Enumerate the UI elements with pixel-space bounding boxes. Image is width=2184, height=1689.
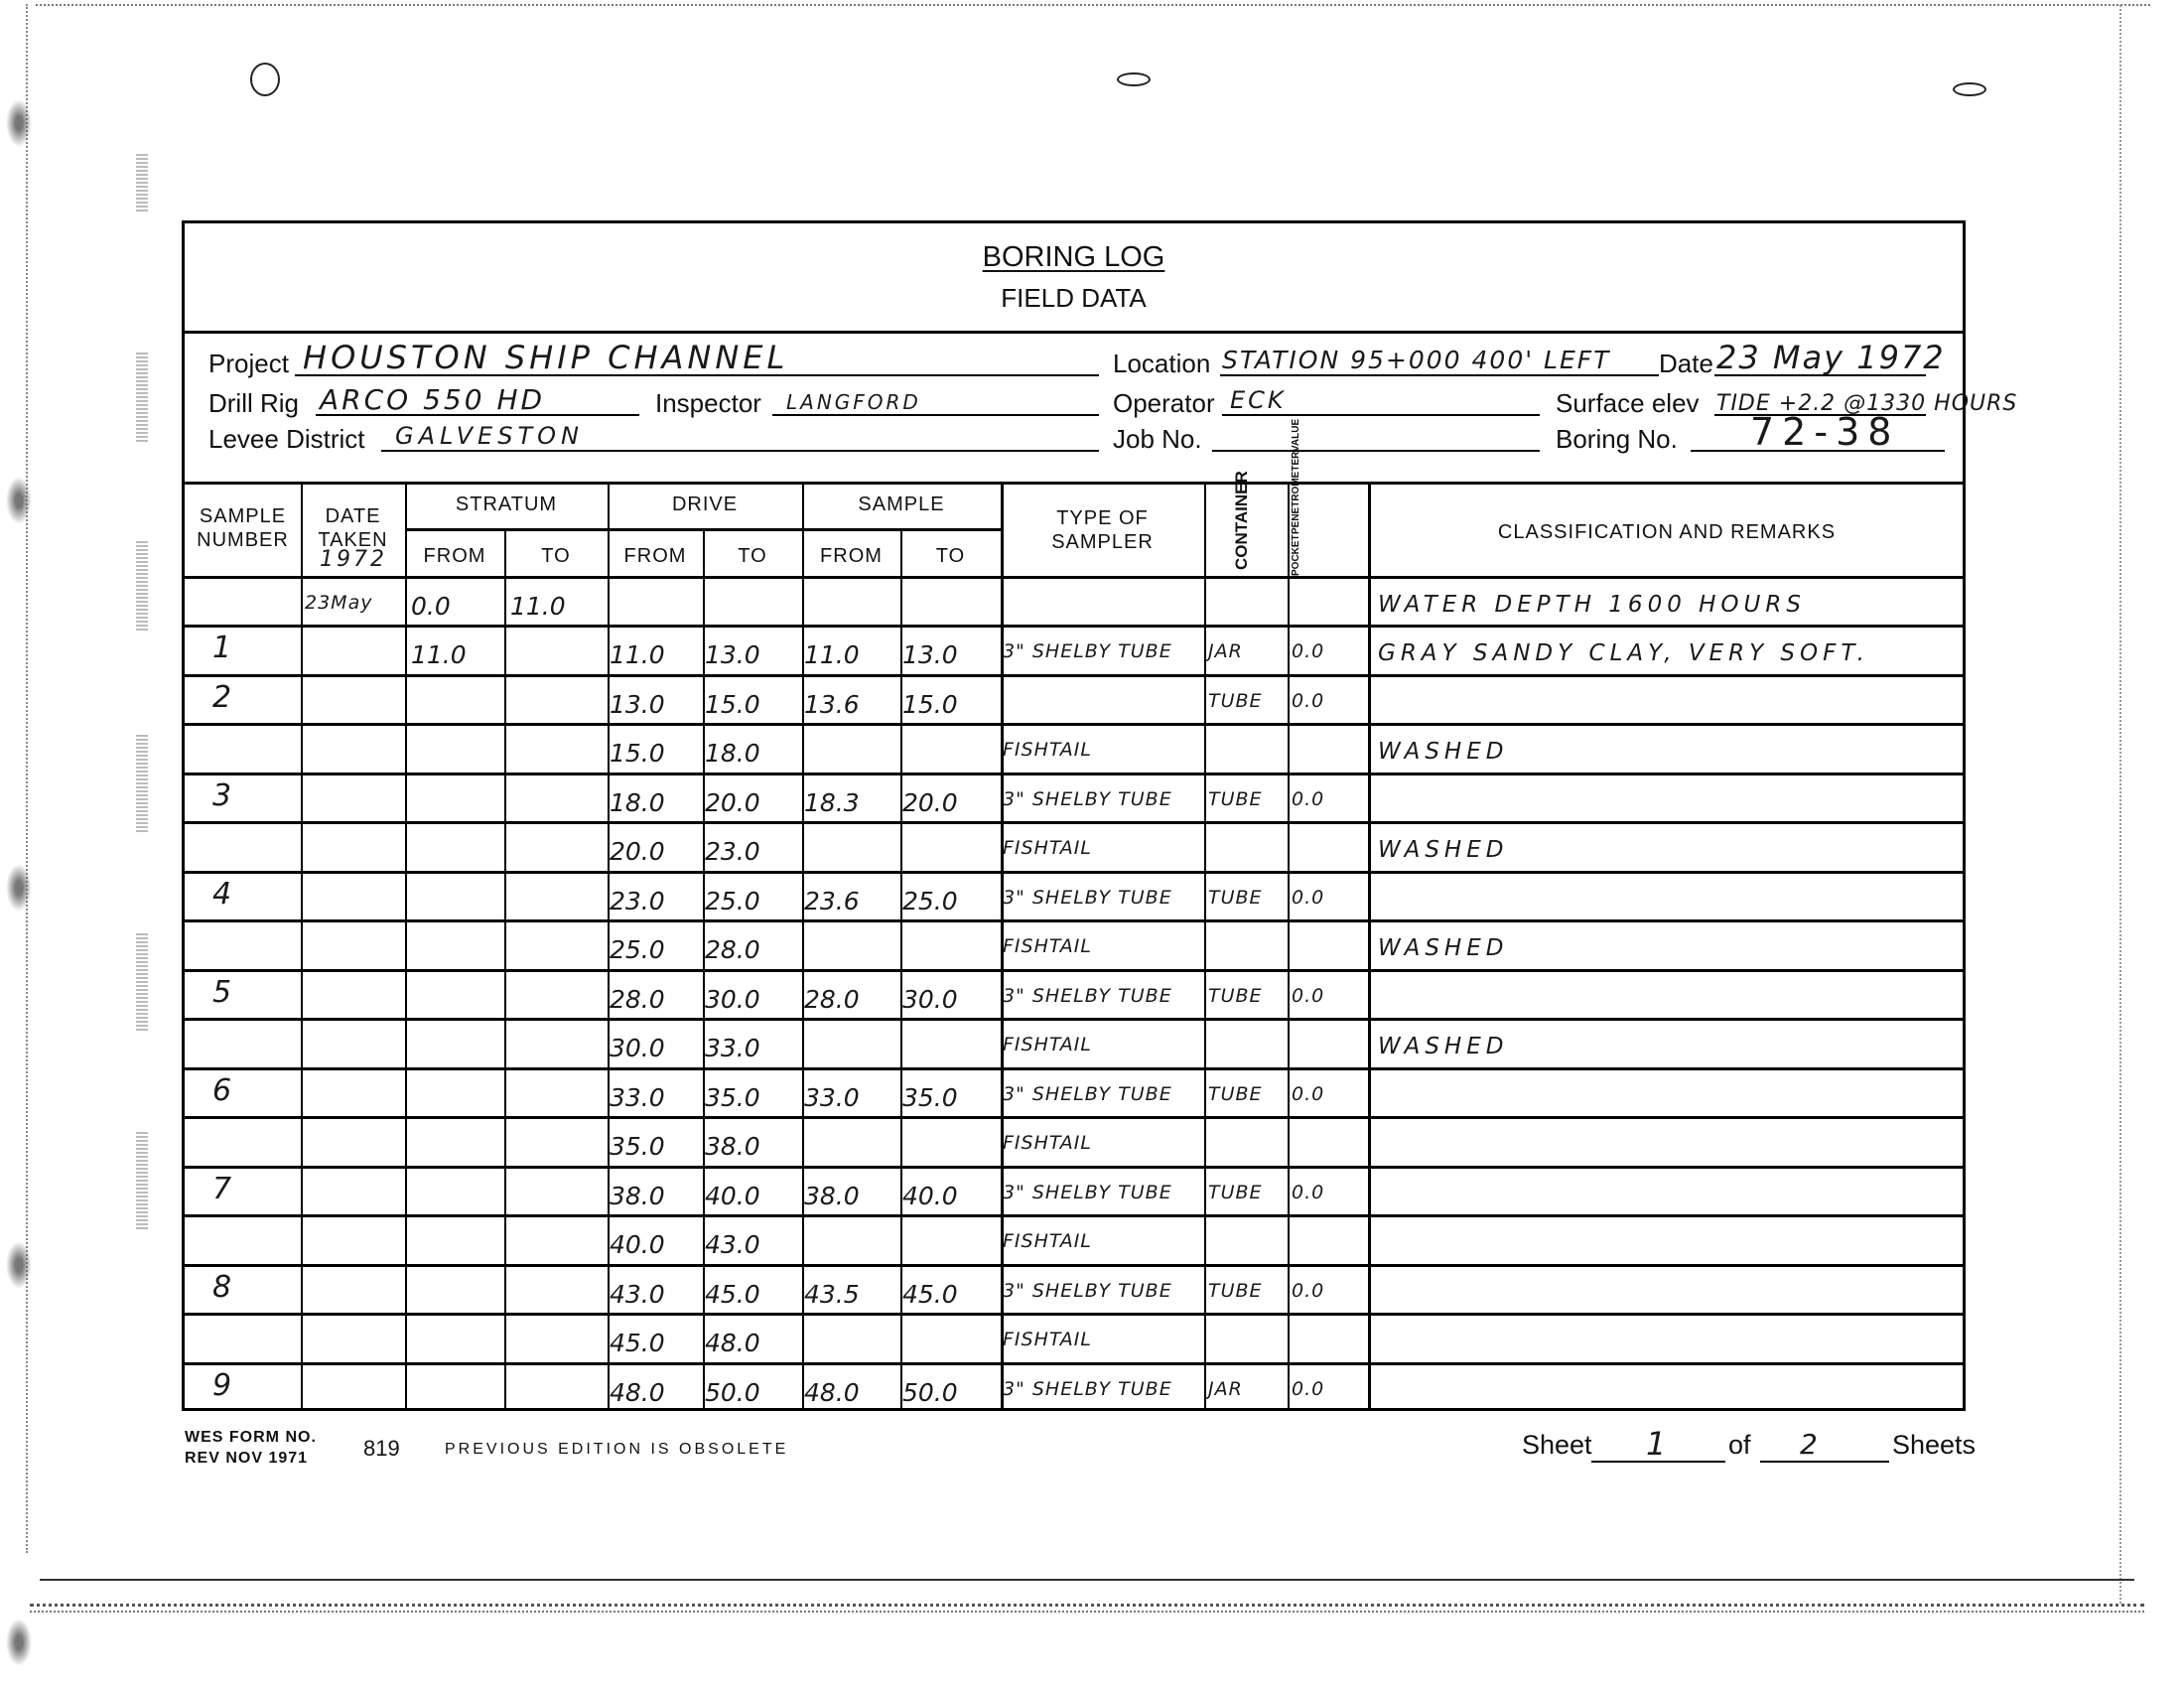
scan-page-edge xyxy=(30,1604,2144,1613)
cell-sample-to: 13.0 xyxy=(902,640,1001,669)
cell-container: JAR xyxy=(1208,1378,1288,1400)
cell-drive-from: 18.0 xyxy=(610,788,703,817)
drill-rig-field[interactable]: ARCO 550 HD xyxy=(316,386,639,416)
divider xyxy=(182,331,1966,334)
cell-sample-from: 48.0 xyxy=(804,1378,900,1407)
header-drive-to: TO xyxy=(703,544,802,568)
row-divider xyxy=(182,871,1966,874)
cell-sample-from: 23.6 xyxy=(804,887,900,915)
row-divider xyxy=(182,821,1966,824)
cell-remarks: WASHED xyxy=(1378,837,1966,863)
footer-text: WES FORM NO. xyxy=(185,1427,317,1448)
cell-drive-to: 38.0 xyxy=(705,1132,802,1161)
job-no-label: Job No. xyxy=(1113,424,1202,455)
of-label: of xyxy=(1728,1430,1751,1461)
row-divider xyxy=(182,723,1966,726)
boring-no-field[interactable]: 72-38 xyxy=(1691,422,1945,452)
scan-smudge xyxy=(6,864,32,912)
cell-container: TUBE xyxy=(1208,887,1288,909)
cell-container: TUBE xyxy=(1208,1083,1288,1105)
column-divider xyxy=(1368,482,1371,1411)
scan-smudge xyxy=(6,1619,32,1666)
cell-sample-from: 38.0 xyxy=(804,1182,900,1210)
cell-sampler: FISHTAIL xyxy=(1003,1132,1204,1154)
cell-sample-to: 15.0 xyxy=(902,690,1001,719)
cell-sample: 8 xyxy=(212,1270,301,1305)
form-number-label: WES FORM NO. REV NOV 1971 xyxy=(185,1427,317,1469)
cell-drive-to: 50.0 xyxy=(705,1378,802,1407)
sheet-total: 2 xyxy=(1800,1428,1821,1461)
row-divider xyxy=(182,1166,1966,1169)
cell-sampler: 3" SHELBY TUBE xyxy=(1003,887,1204,909)
cell-sampler: FISHTAIL xyxy=(1003,837,1204,859)
date-label: Date xyxy=(1659,349,1713,379)
scan-smudge xyxy=(6,477,32,524)
cell-stratum-from: 11.0 xyxy=(411,640,504,669)
cell-pocket: 0.0 xyxy=(1292,985,1368,1007)
cell-sampler: 3" SHELBY TUBE xyxy=(1003,1280,1204,1302)
levee-district-value: GALVESTON xyxy=(395,422,584,450)
header-sample-from: FROM xyxy=(802,544,900,568)
sheet-label: Sheet xyxy=(1522,1430,1592,1461)
header-text: PENETROMETER xyxy=(1291,452,1301,534)
project-field[interactable]: HOUSTON SHIP CHANNEL xyxy=(295,347,1099,376)
header-text: NUMBER xyxy=(185,528,301,552)
cell-drive-to: 35.0 xyxy=(705,1083,802,1112)
cell-container: TUBE xyxy=(1208,788,1288,810)
sheet-total-field[interactable]: 2 xyxy=(1760,1430,1889,1463)
cell-pocket: 0.0 xyxy=(1292,1280,1368,1302)
cell-drive-from: 33.0 xyxy=(610,1083,703,1112)
cell-drive-from: 23.0 xyxy=(610,887,703,915)
header-container: CONTAINER xyxy=(1232,467,1252,574)
cell-sample: 1 xyxy=(212,631,301,665)
form-title: BORING LOG xyxy=(182,241,1966,274)
scan-artifact xyxy=(136,1132,148,1231)
inspector-value: LANGFORD xyxy=(786,390,921,414)
row-divider xyxy=(182,773,1966,775)
cell-container: TUBE xyxy=(1208,690,1288,712)
cell-drive-to: 23.0 xyxy=(705,837,802,866)
form-number: 819 xyxy=(363,1436,400,1462)
operator-label: Operator xyxy=(1113,388,1215,419)
header-text: DATE xyxy=(301,504,405,528)
scan-artifact xyxy=(136,154,148,213)
divider xyxy=(182,482,1966,485)
cell-sample: 2 xyxy=(212,680,301,715)
row-divider xyxy=(182,1362,1966,1365)
scan-artifact xyxy=(136,541,148,631)
cell-sample-from: 11.0 xyxy=(804,640,900,669)
header-sample-to: TO xyxy=(900,544,1001,568)
scan-artifact xyxy=(136,735,148,834)
cell-sample-to: 25.0 xyxy=(902,887,1001,915)
cell-remarks: GRAY SANDY CLAY, VERY SOFT. xyxy=(1378,640,1966,666)
cell-sampler: FISHTAIL xyxy=(1003,739,1204,761)
column-divider xyxy=(301,482,303,1411)
cell-drive-to: 48.0 xyxy=(705,1329,802,1357)
cell-remarks: WATER DEPTH 1600 HOURS xyxy=(1378,592,1966,618)
header-classification: CLASSIFICATION AND REMARKS xyxy=(1368,520,1966,544)
cell-pocket: 0.0 xyxy=(1292,1083,1368,1105)
header-stratum: STRATUM xyxy=(405,493,608,516)
sheets-label: Sheets xyxy=(1892,1430,1976,1461)
divider xyxy=(182,576,1966,579)
scan-smudge xyxy=(6,1241,32,1289)
date-field[interactable]: 23 May 1972 xyxy=(1714,347,1926,376)
cell-pocket: 0.0 xyxy=(1292,1378,1368,1400)
cell-drive-from: 20.0 xyxy=(610,837,703,866)
cell-remarks: WASHED xyxy=(1378,1034,1966,1059)
cell-drive-from: 40.0 xyxy=(610,1230,703,1259)
cell-container: TUBE xyxy=(1208,1182,1288,1203)
cell-pocket: 0.0 xyxy=(1292,1182,1368,1203)
location-field[interactable]: STATION 95+000 400' LEFT xyxy=(1220,347,1659,376)
cell-sample-to: 40.0 xyxy=(902,1182,1001,1210)
column-divider xyxy=(802,482,804,1411)
cell-drive-from: 25.0 xyxy=(610,935,703,964)
header-drive-from: FROM xyxy=(608,544,703,568)
cell-remarks: WASHED xyxy=(1378,935,1966,961)
cell-sample: 6 xyxy=(212,1073,301,1108)
row-divider xyxy=(182,919,1966,922)
operator-field[interactable]: ECK xyxy=(1222,386,1540,416)
row-divider xyxy=(182,1067,1966,1070)
cell-sampler: FISHTAIL xyxy=(1003,1034,1204,1056)
column-divider xyxy=(1288,482,1290,1411)
cell-pocket: 0.0 xyxy=(1292,690,1368,712)
scan-page-edge xyxy=(40,1579,2134,1581)
cell-sample-to: 30.0 xyxy=(902,985,1001,1014)
cell-drive-from: 43.0 xyxy=(610,1280,703,1309)
cell-drive-to: 13.0 xyxy=(705,640,802,669)
project-value: HOUSTON SHIP CHANNEL xyxy=(303,339,788,376)
cell-drive-from: 35.0 xyxy=(610,1132,703,1161)
cell-drive-from: 38.0 xyxy=(610,1182,703,1210)
cell-drive-to: 30.0 xyxy=(705,985,802,1014)
punch-hole-icon xyxy=(1953,82,1986,96)
scan-page-edge xyxy=(26,4,28,1553)
levee-district-field[interactable]: GALVESTON xyxy=(381,422,1099,452)
inspector-label: Inspector xyxy=(655,388,761,419)
cell-drive-from: 13.0 xyxy=(610,690,703,719)
header-text: SAMPLE xyxy=(185,504,301,528)
cell-drive-to: 25.0 xyxy=(705,887,802,915)
footer-text: REV NOV 1971 xyxy=(185,1448,317,1469)
project-label: Project xyxy=(208,349,289,379)
boring-no-value: 72-38 xyxy=(1750,410,1899,454)
date-value: 23 May 1972 xyxy=(1716,339,1946,376)
location-value: STATION 95+000 400' LEFT xyxy=(1222,346,1610,374)
cell-drive-from: 11.0 xyxy=(610,640,703,669)
header-sample: SAMPLE xyxy=(802,493,1001,516)
cell-drive-to: 33.0 xyxy=(705,1034,802,1062)
cell-sample-from: 18.3 xyxy=(804,788,900,817)
header-type-of-sampler: TYPE OF SAMPLER xyxy=(1001,506,1204,554)
row-divider xyxy=(182,1018,1966,1021)
cell-sampler: 3" SHELBY TUBE xyxy=(1003,1182,1204,1203)
header-date-taken: DATE TAKEN xyxy=(301,504,405,552)
cell-drive-from: 15.0 xyxy=(610,739,703,768)
sheet-number-field[interactable]: 1 xyxy=(1591,1430,1725,1463)
punch-hole-icon xyxy=(1117,72,1151,86)
row-divider xyxy=(182,1214,1966,1217)
form-subtitle: FIELD DATA xyxy=(182,283,1966,314)
scan-artifact xyxy=(136,933,148,1033)
cell-drive-from: 30.0 xyxy=(610,1034,703,1062)
cell-sample-from: 28.0 xyxy=(804,985,900,1014)
cell-container: JAR xyxy=(1208,640,1288,662)
row-divider xyxy=(182,1116,1966,1119)
scan-smudge xyxy=(6,99,32,147)
header-sample-number: SAMPLE NUMBER xyxy=(185,504,301,552)
cell-remarks: WASHED xyxy=(1378,739,1966,765)
header-text: VALUE xyxy=(1291,419,1301,452)
scan-page-edge xyxy=(36,4,2150,6)
cell-drive-to: 15.0 xyxy=(705,690,802,719)
cell-date: 23May xyxy=(305,592,405,614)
header-pocket-penetrometer: POCKET PENETROMETER VALUE xyxy=(1291,459,1301,576)
header-text: TYPE OF xyxy=(1001,506,1204,530)
drill-rig-value: ARCO 550 HD xyxy=(320,383,545,416)
cell-sample-to: 45.0 xyxy=(902,1280,1001,1309)
surface-elev-label: Surface elev xyxy=(1556,388,1700,419)
row-divider xyxy=(182,969,1966,972)
cell-drive-to: 45.0 xyxy=(705,1280,802,1309)
levee-district-label: Levee District xyxy=(208,424,365,455)
cell-stratum-to: 11.0 xyxy=(510,592,608,621)
cell-drive-to: 40.0 xyxy=(705,1182,802,1210)
boring-no-label: Boring No. xyxy=(1556,424,1678,455)
punch-hole-icon xyxy=(250,63,280,96)
cell-sample-from: 43.5 xyxy=(804,1280,900,1309)
header-stratum-to: TO xyxy=(504,544,608,568)
cell-drive-to: 20.0 xyxy=(705,788,802,817)
cell-drive-from: 45.0 xyxy=(610,1329,703,1357)
cell-sampler: FISHTAIL xyxy=(1003,1230,1204,1252)
cell-sampler: 3" SHELBY TUBE xyxy=(1003,1378,1204,1400)
cell-sample: 5 xyxy=(212,975,301,1010)
cell-sample-to: 50.0 xyxy=(902,1378,1001,1407)
header-text: SAMPLER xyxy=(1001,530,1204,554)
cell-sample-from: 13.6 xyxy=(804,690,900,719)
row-divider xyxy=(182,674,1966,677)
cell-stratum-from: 0.0 xyxy=(411,592,504,621)
cell-sample: 3 xyxy=(212,778,301,813)
header-text: POCKET xyxy=(1291,534,1301,576)
header-drive: DRIVE xyxy=(608,493,802,516)
date-year: 1972 xyxy=(304,547,403,572)
cell-sampler: FISHTAIL xyxy=(1003,1329,1204,1350)
column-divider xyxy=(1204,482,1206,1411)
cell-sample-from: 33.0 xyxy=(804,1083,900,1112)
cell-drive-to: 43.0 xyxy=(705,1230,802,1259)
scan-page-edge xyxy=(2119,5,2121,1604)
header-stratum-from: FROM xyxy=(405,544,504,568)
cell-pocket: 0.0 xyxy=(1292,640,1368,662)
inspector-field[interactable]: LANGFORD xyxy=(772,386,1099,416)
cell-drive-to: 18.0 xyxy=(705,739,802,768)
cell-drive-to: 28.0 xyxy=(705,935,802,964)
row-divider xyxy=(182,1264,1966,1267)
cell-sampler: 3" SHELBY TUBE xyxy=(1003,788,1204,810)
row-divider xyxy=(182,625,1966,628)
cell-pocket: 0.0 xyxy=(1292,788,1368,810)
cell-sample: 4 xyxy=(212,877,301,912)
operator-value: ECK xyxy=(1230,386,1287,414)
cell-drive-from: 28.0 xyxy=(610,985,703,1014)
cell-sampler: 3" SHELBY TUBE xyxy=(1003,1083,1204,1105)
cell-sampler: FISHTAIL xyxy=(1003,935,1204,957)
sheet-number: 1 xyxy=(1646,1425,1669,1463)
cell-container: TUBE xyxy=(1208,985,1288,1007)
obsolete-note: PREVIOUS EDITION IS OBSOLETE xyxy=(445,1441,788,1459)
cell-sample: 9 xyxy=(212,1368,301,1403)
job-no-field[interactable] xyxy=(1212,422,1540,452)
row-divider xyxy=(182,1313,1966,1316)
scan-artifact xyxy=(136,352,148,442)
cell-sampler: 3" SHELBY TUBE xyxy=(1003,640,1204,662)
drill-rig-label: Drill Rig xyxy=(208,388,299,419)
cell-drive-from: 48.0 xyxy=(610,1378,703,1407)
cell-sampler: 3" SHELBY TUBE xyxy=(1003,985,1204,1007)
cell-pocket: 0.0 xyxy=(1292,887,1368,909)
cell-sample-to: 35.0 xyxy=(902,1083,1001,1112)
cell-sample: 7 xyxy=(212,1172,301,1206)
cell-sample-to: 20.0 xyxy=(902,788,1001,817)
cell-container: TUBE xyxy=(1208,1280,1288,1302)
location-label: Location xyxy=(1113,349,1210,379)
column-divider xyxy=(405,482,407,1411)
